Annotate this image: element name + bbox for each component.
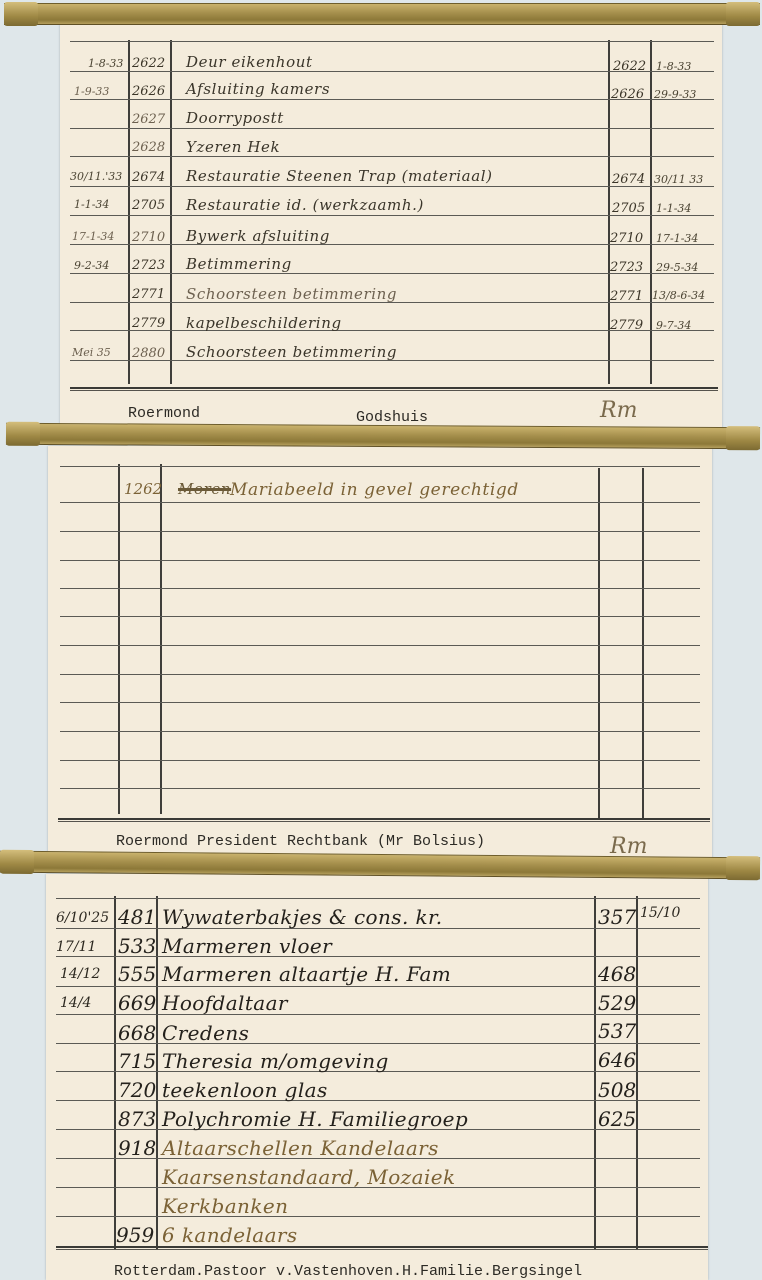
row-description: Marmeren altaartje H. Fam	[162, 964, 451, 984]
row-ref: 625	[598, 1109, 636, 1129]
row-description: Bywerk afsluiting	[186, 229, 330, 244]
row-number: 2880	[132, 347, 165, 360]
row-ref: 2779	[610, 319, 643, 332]
row-number: 720	[118, 1080, 156, 1100]
row-number: 2710	[132, 231, 165, 244]
card-client: Godshuis	[356, 409, 428, 426]
row-number: 669	[118, 993, 156, 1013]
rod-end-left	[4, 2, 38, 26]
row-date: 9-2-34	[74, 260, 109, 271]
row-description: Schoorsteen betimmering	[186, 345, 397, 360]
rod-end-right	[726, 856, 760, 880]
rod-end-right	[726, 426, 760, 450]
column-divider-date	[128, 40, 130, 384]
row-number: 873	[118, 1109, 156, 1129]
row-line	[60, 502, 700, 503]
card-location: Roermond	[128, 405, 200, 422]
row-ref: 646	[598, 1050, 636, 1070]
card-location-client: Roermond President Rechtbank (Mr Bolsius…	[116, 833, 485, 850]
column-divider-date	[118, 464, 120, 814]
row-line	[70, 41, 714, 42]
row-description: Polychromie H. Familiegroep	[162, 1109, 468, 1129]
row-description: Altaarschellen Kandelaars	[162, 1138, 439, 1158]
row-date: Mei 35	[72, 347, 111, 358]
column-divider-refdate	[650, 40, 652, 384]
row-ref: 468	[598, 964, 636, 984]
row-date: 14/12	[60, 967, 100, 981]
row-description: Mariabeeld in gevel gerechtigd	[230, 482, 519, 499]
row-ref-date: 1-8-33	[656, 61, 691, 72]
column-divider-number	[160, 464, 162, 814]
brass-rod-top	[4, 3, 760, 25]
row-line	[60, 560, 700, 561]
row-ref: 2622	[613, 60, 646, 73]
row-description: Marmeren vloer	[162, 936, 332, 956]
row-ref: 2710	[610, 232, 643, 245]
row-date: 6/10'25	[56, 911, 109, 925]
row-date: 17/11	[56, 940, 96, 954]
row-ref-date: 30/11 33	[654, 174, 703, 185]
row-line	[70, 156, 714, 157]
row-number: 918	[118, 1138, 156, 1158]
index-card-godshuis: 1-8-33 2622 Deur eikenhout 2622 1-8-33 1…	[60, 24, 722, 432]
row-line	[60, 731, 700, 732]
row-line	[60, 674, 700, 675]
row-ref: 508	[598, 1080, 636, 1100]
row-struck-text: Moren	[178, 482, 231, 497]
row-line	[56, 986, 700, 987]
row-description: Theresia m/omgeving	[162, 1051, 389, 1071]
row-ref: 2723	[610, 261, 643, 274]
row-ref: 2705	[612, 202, 645, 215]
row-description: Restauratie id. (werkzaamh.)	[186, 198, 424, 213]
card-initials: Rm	[600, 398, 637, 423]
index-card-rechtbank: 1262 Moren Mariabeeld in gevel gerechtig…	[48, 446, 712, 864]
row-line	[60, 588, 700, 589]
rod-end-left	[6, 422, 40, 446]
row-ref-date: 17-1-34	[656, 233, 698, 244]
row-date: 1-1-34	[74, 199, 109, 210]
row-description: Kerkbanken	[162, 1196, 288, 1216]
column-divider-refdate	[636, 896, 638, 1250]
row-description: 6 kandelaars	[162, 1225, 298, 1245]
row-number: 2626	[132, 85, 165, 98]
row-ref-date: 15/10	[640, 906, 680, 920]
row-line	[60, 616, 700, 617]
row-ref-date: 1-1-34	[656, 203, 691, 214]
row-number: 2779	[132, 317, 165, 330]
row-description: Kaarsenstandaard, Mozaiek	[162, 1167, 456, 1187]
column-divider-number	[170, 40, 172, 384]
row-description: Afsluiting kamers	[186, 82, 330, 97]
row-line	[60, 760, 700, 761]
row-number: 2723	[132, 259, 165, 272]
row-number: 2628	[132, 141, 165, 154]
row-ref: 2771	[610, 290, 643, 303]
row-date: 17-1-34	[72, 231, 114, 242]
row-number: 555	[118, 964, 156, 984]
row-number: 2705	[132, 199, 165, 212]
row-number: 2622	[132, 57, 165, 70]
row-description: Hoofdaltaar	[162, 993, 288, 1013]
card-bottom-rule	[70, 387, 718, 391]
row-line	[56, 1216, 700, 1217]
row-ref: 529	[598, 993, 636, 1013]
row-number: 668	[118, 1023, 156, 1043]
row-description: Schoorsteen betimmering	[186, 287, 397, 302]
row-number: 533	[118, 936, 156, 956]
row-line	[60, 788, 700, 789]
row-description: kapelbeschildering	[186, 316, 342, 331]
brass-rod-middle	[6, 423, 760, 450]
row-number: 2771	[132, 288, 165, 301]
row-date: 1-8-33	[88, 58, 123, 69]
column-divider-ref	[598, 468, 600, 818]
row-line	[60, 466, 700, 467]
column-divider-ref	[594, 896, 596, 1250]
row-ref: 2626	[611, 88, 644, 101]
row-description: Restauratie Steenen Trap (materiaal)	[186, 169, 493, 184]
row-date: 1-9-33	[74, 86, 109, 97]
rod-end-left	[0, 850, 34, 874]
row-description: Yzeren Hek	[186, 140, 280, 155]
row-ref: 357	[598, 907, 636, 927]
row-ref-date: 9-7-34	[656, 320, 691, 331]
row-date: 30/11.'33	[70, 171, 122, 182]
row-description: teekenloon glas	[162, 1080, 328, 1100]
row-line	[60, 531, 700, 532]
column-divider-date	[114, 896, 116, 1250]
row-number: 481	[118, 907, 156, 927]
row-ref: 537	[598, 1021, 636, 1041]
row-description: Doorrypostt	[186, 111, 284, 126]
row-line	[70, 128, 714, 129]
row-description: Wywaterbakjes & cons. kr.	[162, 907, 443, 927]
card-location-client: Rotterdam.Pastoor v.Vastenhoven.H.Famili…	[114, 1263, 582, 1280]
row-description: Credens	[162, 1023, 249, 1043]
row-ref-date: 29-5-34	[656, 262, 698, 273]
row-line	[56, 898, 700, 899]
row-line	[60, 702, 700, 703]
row-number: 715	[118, 1051, 156, 1071]
column-divider-refdate	[642, 468, 644, 818]
row-date: 14/4	[60, 996, 91, 1010]
row-ref: 2674	[612, 173, 645, 186]
row-number: 959	[116, 1225, 154, 1245]
row-number: 2674	[132, 171, 165, 184]
column-divider-number	[156, 896, 158, 1250]
row-line	[60, 645, 700, 646]
row-description: Betimmering	[186, 257, 292, 272]
row-ref-date: 29-9-33	[654, 89, 696, 100]
row-number: 1262	[124, 482, 162, 497]
row-description: Deur eikenhout	[186, 55, 313, 70]
rod-end-right	[726, 2, 760, 26]
index-card-rotterdam: 6/10'25 481 Wywaterbakjes & cons. kr. 35…	[46, 874, 708, 1280]
card-bottom-rule	[58, 818, 710, 822]
row-number: 2627	[132, 113, 165, 126]
row-ref-date: 13/8-6-34	[652, 290, 705, 301]
